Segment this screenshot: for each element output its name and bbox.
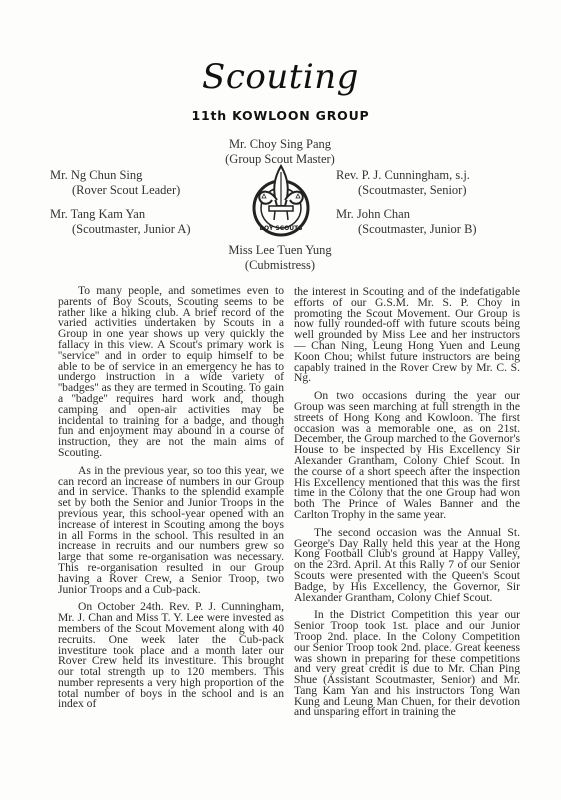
leader-name: Mr. Choy Sing Pang bbox=[229, 137, 331, 151]
leader-group-scout-master: Mr. Choy Sing Pang (Group Scout Master) bbox=[180, 137, 380, 167]
leader-name: Mr. Ng Chun Sing bbox=[50, 168, 142, 182]
page-title: Scouting bbox=[0, 60, 561, 94]
svg-text:BOY SCOUTS: BOY SCOUTS bbox=[259, 225, 302, 232]
group-subtitle: 11th KOWLOON GROUP bbox=[0, 108, 561, 123]
paragraph: the interest in Scouting and of the inde… bbox=[294, 287, 520, 384]
leader-name: Mr. Tang Kam Yan bbox=[50, 207, 145, 221]
leader-cubmistress: Miss Lee Tuen Yung (Cubmistress) bbox=[180, 243, 380, 273]
paragraph: On two occasions during the year our Gro… bbox=[294, 391, 520, 521]
paragraph: To many people, and sometimes even to pa… bbox=[58, 286, 284, 459]
leader-role: (Rover Scout Leader) bbox=[50, 183, 180, 198]
boy-scouts-fleur-de-lis-icon: BOY SCOUTS bbox=[250, 164, 312, 238]
paragraph: In the District Competition this year ou… bbox=[294, 610, 520, 718]
leader-senior: Rev. P. J. Cunningham, s.j. (Scoutmaster… bbox=[336, 168, 470, 198]
paragraph: On October 24th. Rev. P. J. Cunningham, … bbox=[58, 602, 284, 710]
leader-name: Mr. John Chan bbox=[336, 207, 410, 221]
leader-role: (Scoutmaster, Junior B) bbox=[336, 222, 477, 237]
paragraph: As in the previous year, so too this yea… bbox=[58, 466, 284, 596]
leader-name: Miss Lee Tuen Yung bbox=[228, 243, 331, 257]
leader-name: Rev. P. J. Cunningham, s.j. bbox=[336, 168, 470, 182]
leader-role: (Scoutmaster, Senior) bbox=[336, 183, 470, 198]
leader-junior-b: Mr. John Chan (Scoutmaster, Junior B) bbox=[336, 207, 477, 237]
leader-junior-a: Mr. Tang Kam Yan (Scoutmaster, Junior A) bbox=[50, 207, 191, 237]
leader-role: (Scoutmaster, Junior A) bbox=[50, 222, 191, 237]
article-column-right: the interest in Scouting and of the inde… bbox=[294, 287, 520, 725]
article-column-left: To many people, and sometimes even to pa… bbox=[58, 286, 284, 717]
paragraph: The second occasion was the Annual St. G… bbox=[294, 528, 520, 604]
leader-rover: Mr. Ng Chun Sing (Rover Scout Leader) bbox=[50, 168, 180, 198]
leader-role: (Cubmistress) bbox=[180, 258, 380, 273]
